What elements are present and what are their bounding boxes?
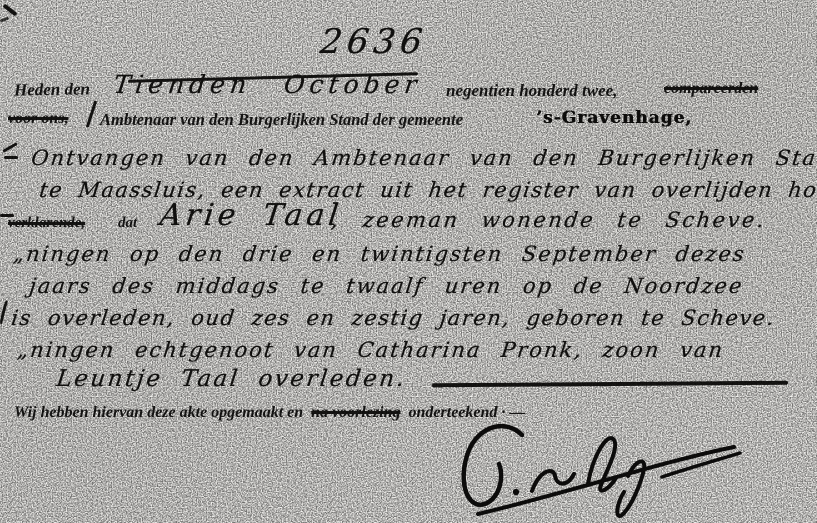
margin-pen-mark	[4, 156, 18, 159]
header-printed-year: negentien honderd twee,	[446, 81, 617, 101]
closing-dash-rule	[432, 381, 788, 387]
closing-struck-na-voorlezing: na voorlezing	[311, 404, 400, 421]
header-municipality: ’s-Gravenhage,	[536, 108, 692, 128]
body-line-4: „ningen op den drie en twintigsten Septe…	[12, 242, 747, 266]
body-line-5: jaars des middags te twaalf uren op de N…	[28, 274, 745, 298]
body-line-7: „ningen echtgenoot van Catharina Pronk, …	[16, 338, 726, 362]
body-struck-verklarende: verklarende,	[8, 215, 85, 232]
scan-artifact	[0, 17, 9, 23]
header-printed-prefix: Heden den	[14, 79, 90, 100]
body-line-8: Leuntje Taal overleden.	[55, 366, 408, 392]
body-printed-dat: dat	[118, 215, 137, 232]
deceased-name: Arie Taal	[158, 198, 344, 233]
scan-artifact	[2, 3, 17, 16]
act-number: 2636	[318, 22, 429, 62]
body-line-6: is overleden, oud zes en zestig jaren, g…	[10, 306, 776, 330]
official-signature	[420, 415, 760, 520]
margin-pen-mark	[2, 142, 17, 153]
header-struck-voor-ons: voor ons,	[8, 110, 68, 128]
body-line-1: Ontvangen van den Ambtenaar van den Burg…	[30, 146, 817, 170]
header-struck-compareerden: compareerden	[664, 80, 758, 98]
death-certificate-scan: 2636 Heden den Tienden October negentien…	[0, 0, 817, 523]
body-line-3-rest: , zeeman wonende te Scheve.	[330, 208, 768, 232]
header-printed-official: Ambtenaar van den Burgerlijken Stand der…	[100, 110, 463, 130]
margin-pen-mark	[0, 300, 7, 324]
body-line-2: te Maassluis, een extract uit het regist…	[38, 178, 817, 202]
closing-printed-start: Wij hebben hiervan deze akte opgemaakt e…	[14, 404, 303, 421]
pen-slash-mark	[86, 100, 97, 127]
